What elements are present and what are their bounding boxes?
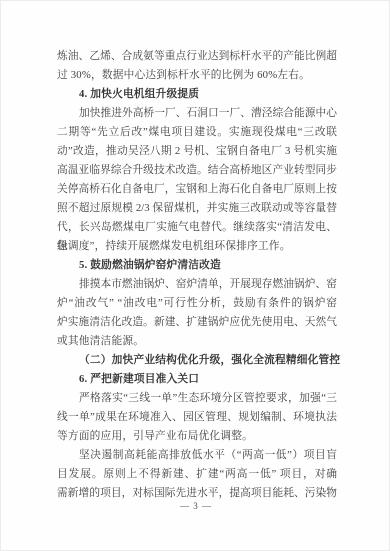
text-line: 高温亚临界综合升级技术改造。结合高桥地区产业转型同步 bbox=[57, 161, 337, 180]
text-line: 5. 鼓励燃油锅炉窑炉清洁改造 bbox=[57, 256, 337, 275]
text-line: 炉实施清洁化改造。新建、扩建锅炉应优先使用电、天然气 bbox=[57, 313, 337, 332]
text-line: 或其他清洁能源。 bbox=[57, 332, 337, 351]
text-line: 动”改造，推动吴泾八期 2 号机、宝钢自备电厂 3 号机实施 bbox=[57, 142, 337, 161]
text-line: 严格落实“三线一单”生态环境分区管控要求，加强“三 bbox=[57, 389, 337, 408]
text-line: 色调度”，持续开展燃煤发电机组环保排序工作。 bbox=[57, 237, 337, 256]
text-line: 二期等“先立后改”煤电项目建设。实施现役煤电“三改联 bbox=[57, 123, 337, 142]
text-line: 过 30%，数据中心达到标杆水平的比例为 60%左右。 bbox=[57, 66, 337, 85]
text-line: 目发展。原则上不得新建、扩建“两高一低” 项目，对确 bbox=[57, 465, 337, 484]
text-line: 坚决遏制高耗能高排放低水平（“两高一低”）项目盲 bbox=[57, 446, 337, 465]
page-number: — 3 — bbox=[1, 501, 390, 511]
text-line: 等方面的应用，引导产业布局优化调整。 bbox=[57, 427, 337, 446]
text-line: 6. 严把新建项目准入关口 bbox=[57, 370, 337, 389]
document-page: 炼油、乙烯、合成氨等重点行业达到标杆水平的产能比例超过 30%，数据中心达到标杆… bbox=[0, 0, 390, 551]
text-line: 关停高桥石化自备电厂，宝钢和上海石化自备电厂原则上按 bbox=[57, 180, 337, 199]
text-line: 加快推进外高桥一厂、石洞口一厂、漕泾综合能源中心 bbox=[57, 104, 337, 123]
text-line: 炼油、乙烯、合成氨等重点行业达到标杆水平的产能比例超 bbox=[57, 47, 337, 66]
page-body: 炼油、乙烯、合成氨等重点行业达到标杆水平的产能比例超过 30%，数据中心达到标杆… bbox=[57, 47, 337, 503]
text-line: 照不超过原规模 2/3 保留煤机，并实施三改联动或等容量替 bbox=[57, 199, 337, 218]
text-line: 代，长兴岛燃煤电厂实施气电替代。继续落实“清洁发电、绿 bbox=[57, 218, 337, 237]
text-line: 4. 加快火电机组升级提质 bbox=[57, 85, 337, 104]
text-line: 线一单”成果在环境准入、园区管理、规划编制、环境执法 bbox=[57, 408, 337, 427]
text-line: （二）加快产业结构优化升级，强化全流程精细化管控 bbox=[57, 351, 337, 370]
text-line: 炉“油改气” “油改电”可行性分析，鼓励有条件的锅炉窑 bbox=[57, 294, 337, 313]
text-line: 排摸本市燃油锅炉、窑炉清单，开展现存燃油锅炉、窑 bbox=[57, 275, 337, 294]
